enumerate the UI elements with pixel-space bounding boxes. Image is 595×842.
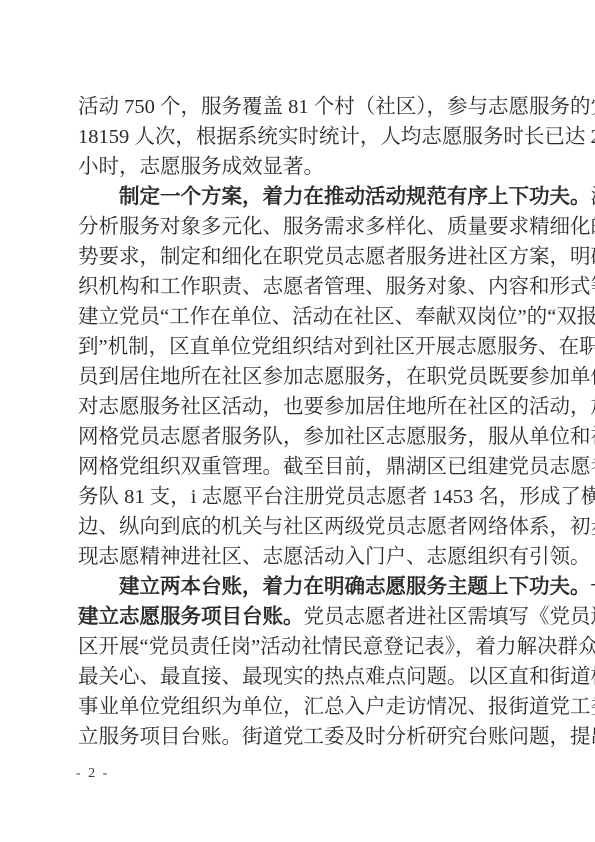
- text-run: 务队 81 支，i 志愿平台注册党员志愿者 1453 名，形成了横向到: [78, 486, 595, 508]
- text-line: 小时，志愿服务成效显著。: [78, 152, 519, 182]
- text-run: 建立党员“工作在单位、活动在社区、奉献双岗位”的“双报: [78, 306, 595, 328]
- text-run: 活动 750 个，服务覆盖 81 个村（社区），参与志愿服务的党员: [78, 96, 595, 118]
- text-line: 建立志愿服务项目台账。党员志愿者进社区需填写《党员进社: [78, 602, 519, 632]
- document-body: 活动 750 个，服务覆盖 81 个村（社区），参与志愿服务的党员18159 人…: [78, 92, 519, 752]
- text-run: 对志愿服务社区活动，也要参加居住地所在社区的活动，加入: [78, 396, 595, 418]
- text-run: 现志愿精神进社区、志愿活动入门户、志愿组织有引领。: [78, 546, 591, 568]
- text-run: 最关心、最直接、最现实的热点难点问题。以区直和街道机关: [78, 666, 595, 688]
- text-line: 员到居住地所在社区参加志愿服务，在职党员既要参加单位结: [78, 362, 519, 392]
- text-line: 立服务项目台账。街道党工委及时分析研究台账问题，提出解: [78, 722, 519, 752]
- text-line: 织机构和工作职责、志愿者管理、服务对象、内容和形式等，: [78, 272, 519, 302]
- text-line: 事业单位党组织为单位，汇总入户走访情况、报街道党工委建: [78, 692, 519, 722]
- text-run: 18159 人次，根据系统实时统计，人均志愿服务时长已达 28.75: [78, 126, 595, 148]
- text-line: 势要求，制定和细化在职党员志愿者服务进社区方案，明确组: [78, 242, 519, 272]
- text-line: 区开展“党员责任岗”活动社情民意登记表》，着力解决群众: [78, 632, 519, 662]
- text-line: 网格党组织双重管理。截至目前，鼎湖区已组建党员志愿者服: [78, 452, 519, 482]
- text-run: 网格党员志愿者服务队，参加社区志愿服务，服从单位和社区: [78, 426, 595, 448]
- text-line: 现志愿精神进社区、志愿活动入门户、志愿组织有引领。: [78, 542, 519, 572]
- page-number: - 2 -: [76, 762, 109, 786]
- text-line: 边、纵向到底的机关与社区两级党员志愿者网络体系，初步实: [78, 512, 519, 542]
- bold-text-run: 制定一个方案，着力在推动活动规范有序上下功夫。: [119, 185, 591, 208]
- text-run: 党员志愿者进社区需填写《党员进社: [304, 606, 595, 628]
- text-line: 18159 人次，根据系统实时统计，人均志愿服务时长已达 28.75: [78, 122, 519, 152]
- text-run: 小时，志愿服务成效显著。: [78, 156, 324, 178]
- text-line: 到”机制，区直单位党组织结对到社区开展志愿服务、在职党: [78, 332, 519, 362]
- text-run: 区开展“党员责任岗”活动社情民意登记表》，着力解决群众: [78, 636, 595, 658]
- text-run: 深入: [591, 186, 595, 208]
- text-line: 制定一个方案，着力在推动活动规范有序上下功夫。深入: [78, 182, 519, 212]
- text-line: 最关心、最直接、最现实的热点难点问题。以区直和街道机关: [78, 662, 519, 692]
- text-line: 建立党员“工作在单位、活动在社区、奉献双岗位”的“双报: [78, 302, 519, 332]
- text-run: 立服务项目台账。街道党工委及时分析研究台账问题，提出解: [78, 726, 595, 748]
- text-run: 事业单位党组织为单位，汇总入户走访情况、报街道党工委建: [78, 696, 595, 718]
- text-run: 边、纵向到底的机关与社区两级党员志愿者网络体系，初步实: [78, 516, 595, 538]
- text-run: 到”机制，区直单位党组织结对到社区开展志愿服务、在职党: [78, 336, 595, 358]
- text-run: 分析服务对象多元化、服务需求多样化、质量要求精细化的形: [78, 216, 595, 238]
- text-line: 建立两本台账，着力在明确志愿服务主题上下功夫。一是: [78, 572, 519, 602]
- text-line: 网格党员志愿者服务队，参加社区志愿服务，服从单位和社区: [78, 422, 519, 452]
- text-line: 对志愿服务社区活动，也要参加居住地所在社区的活动，加入: [78, 392, 519, 422]
- bold-text-run: 建立两本台账，着力在明确志愿服务主题上下功夫。一是: [119, 575, 595, 598]
- text-run: 网格党组织双重管理。截至目前，鼎湖区已组建党员志愿者服: [78, 456, 595, 478]
- bold-text-run: 建立志愿服务项目台账。: [78, 605, 304, 628]
- text-run: 织机构和工作职责、志愿者管理、服务对象、内容和形式等，: [78, 276, 595, 298]
- text-run: 势要求，制定和细化在职党员志愿者服务进社区方案，明确组: [78, 246, 595, 268]
- text-line: 活动 750 个，服务覆盖 81 个村（社区），参与志愿服务的党员: [78, 92, 519, 122]
- text-run: 员到居住地所在社区参加志愿服务，在职党员既要参加单位结: [78, 366, 595, 388]
- text-line: 分析服务对象多元化、服务需求多样化、质量要求精细化的形: [78, 212, 519, 242]
- text-line: 务队 81 支，i 志愿平台注册党员志愿者 1453 名，形成了横向到: [78, 482, 519, 512]
- document-page: 活动 750 个，服务覆盖 81 个村（社区），参与志愿服务的党员18159 人…: [0, 0, 595, 842]
